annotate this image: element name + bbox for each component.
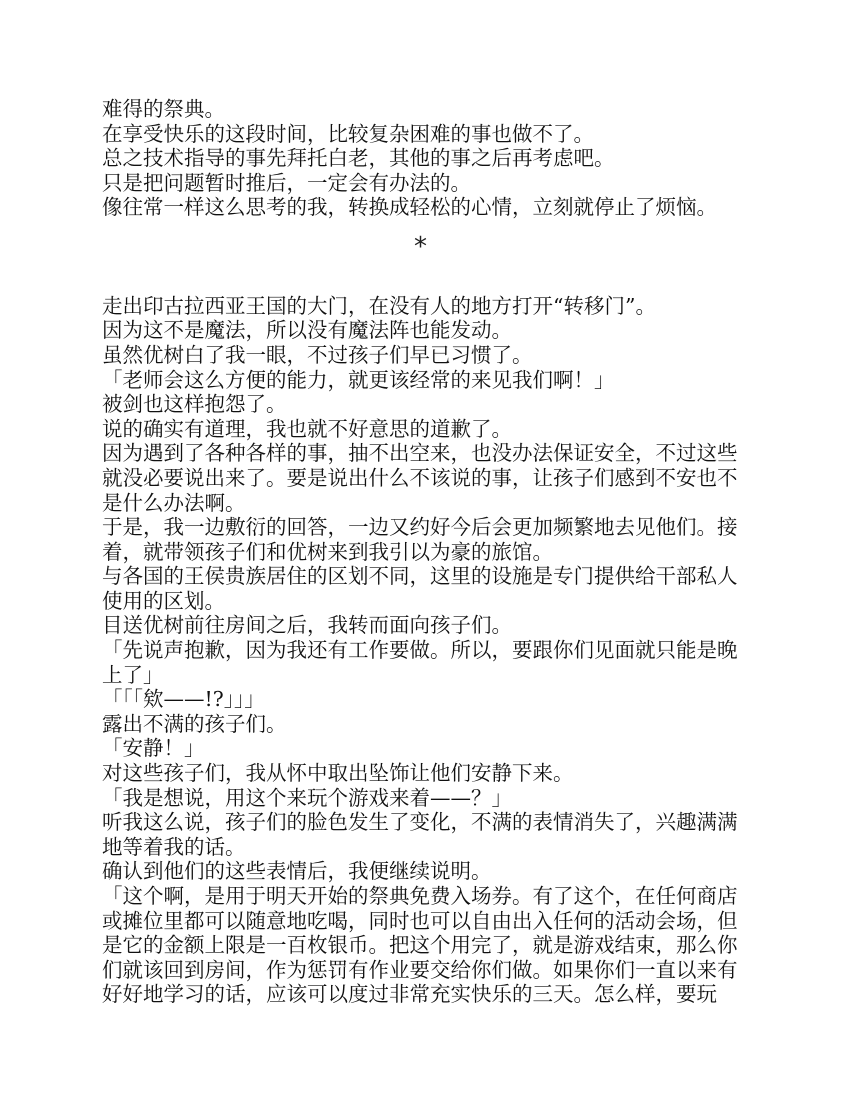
text-line: 于是，我一边敷衍的回答，一边又约好今后会更加频繁地去见他们。接 — [102, 515, 752, 540]
text-line: 好好地学习的话，应该可以度过非常充实快乐的三天。怎么样，要玩 — [102, 982, 752, 1007]
text-line: 说的确实有道理，我也就不好意思的道歉了。 — [102, 417, 752, 442]
text-line: 难得的祭典。 — [102, 97, 752, 122]
text-line: 「这个啊，是用于明天开始的祭典免费入场券。有了这个，在任何商店 — [102, 884, 752, 909]
text-line: 地等着我的话。 — [102, 835, 752, 860]
section-separator: * — [102, 220, 752, 294]
text-line: 确认到他们的这些表情后，我便继续说明。 — [102, 859, 752, 884]
text-line: 与各国的王侯贵族居住的区划不同，这里的设施是专门提供给干部私人 — [102, 564, 752, 589]
text-line: 使用的区划。 — [102, 589, 752, 614]
section-2: 走出印古拉西亚王国的大门，在没有人的地方打开“转移门”。 因为这不是魔法，所以没… — [102, 294, 752, 1007]
text-line: 听我这么说，孩子们的脸色发生了变化，不满的表情消失了，兴趣满满 — [102, 810, 752, 835]
text-line: 只是把问题暂时推后，一定会有办法的。 — [102, 171, 752, 196]
text-line: 「安静！」 — [102, 736, 752, 761]
text-line: 着，就带领孩子们和优树来到我引以为豪的旅馆。 — [102, 540, 752, 565]
text-line: 们就该回到房间，作为惩罚有作业要交给你们做。如果你们一直以来有 — [102, 958, 752, 983]
text-line: 虽然优树白了我一眼，不过孩子们早已习惯了。 — [102, 343, 752, 368]
text-line: 是它的金额上限是一百枚银币。把这个用完了，就是游戏结束，那么你 — [102, 933, 752, 958]
section-1: 难得的祭典。 在享受快乐的这段时间，比较复杂困难的事也做不了。 总之技术指导的事… — [102, 97, 752, 220]
text-line: 是什么办法啊。 — [102, 491, 752, 516]
text-line: 像往常一样这么思考的我，转换成轻松的心情，立刻就停止了烦恼。 — [102, 195, 752, 220]
text-line: 在享受快乐的这段时间，比较复杂困难的事也做不了。 — [102, 122, 752, 147]
text-line: 因为这不是魔法，所以没有魔法阵也能发动。 — [102, 318, 752, 343]
text-line: 或摊位里都可以随意地吃喝，同时也可以自由出入任何的活动会场，但 — [102, 909, 752, 934]
text-line: 露出不满的孩子们。 — [102, 712, 752, 737]
text-line: 就没必要说出来了。要是说出什么不该说的事，让孩子们感到不安也不 — [102, 466, 752, 491]
text-line: 「「「欸——!?」」」 — [102, 687, 752, 712]
asterisk-separator: * — [414, 234, 427, 260]
text-line: 「我是想说，用这个来玩个游戏来着——？」 — [102, 786, 752, 811]
document-page: 难得的祭典。 在享受快乐的这段时间，比较复杂困难的事也做不了。 总之技术指导的事… — [102, 97, 752, 1007]
text-line: 上了」 — [102, 663, 752, 688]
text-line: 「先说声抱歉，因为我还有工作要做。所以，要跟你们见面就只能是晚 — [102, 638, 752, 663]
text-line: 因为遇到了各种各样的事，抽不出空来，也没办法保证安全，不过这些 — [102, 441, 752, 466]
text-line: 目送优树前往房间之后，我转而面向孩子们。 — [102, 613, 752, 638]
text-line: 「老师会这么方便的能力，就更该经常的来见我们啊！」 — [102, 368, 752, 393]
text-line: 走出印古拉西亚王国的大门，在没有人的地方打开“转移门”。 — [102, 294, 752, 319]
text-line: 总之技术指导的事先拜托白老，其他的事之后再考虑吧。 — [102, 146, 752, 171]
text-line: 被剑也这样抱怨了。 — [102, 392, 752, 417]
text-line: 对这些孩子们，我从怀中取出坠饰让他们安静下来。 — [102, 761, 752, 786]
